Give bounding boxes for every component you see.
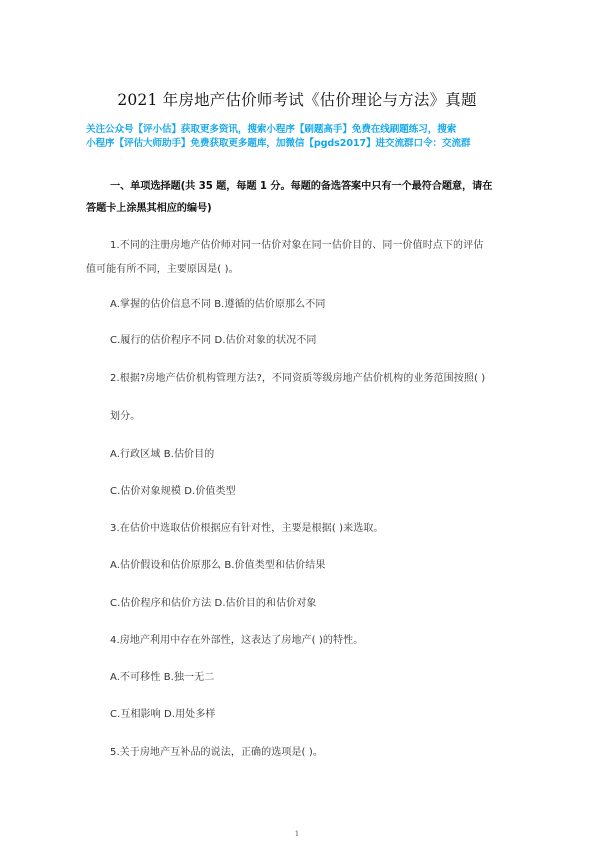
question-3-stem-line-1: 3.在估价中选取估价根据应有针对性，主要是根据( )来选取。 xyxy=(110,519,384,534)
question-2-options-cd: C.估价对象规模 D.价值类型 xyxy=(110,482,236,497)
question-3-options-ab: A.估价假设和估价原那么 B.价值类型和估价结果 xyxy=(110,556,325,571)
question-4-options-ab: A.不可移性 B.独一无二 xyxy=(110,668,214,683)
page-title: 2021 年房地产估价师考试《估价理论与方法》真题 xyxy=(0,88,594,110)
question-1-stem-line-2: 值可能有所不同，主要原因是( )。 xyxy=(86,260,239,275)
question-4-options-cd: C.互相影响 D.用处多样 xyxy=(110,705,216,720)
promo-line-2: 小程序【评估大师助手】免费获取更多题库，加微信【pgds2017】进交流群口令：… xyxy=(86,137,516,151)
page-number: 1 xyxy=(0,830,594,838)
question-4-stem-line-1: 4.房地产利用中存在外部性，这表达了房地产( )的特性。 xyxy=(110,631,363,646)
question-1-stem-line-1: 1.不同的注册房地产估价师对同一估价对象在同一估价目的、同一价值时点下的评估 xyxy=(110,236,483,251)
promo-line-1: 关注公众号【评小估】获取更多资讯，搜索小程序【刷题高手】免费在线刷题练习，搜索 xyxy=(86,123,516,137)
question-3-options-cd: C.估价程序和估价方法 D.估价目的和估价对象 xyxy=(110,594,317,609)
question-2-options-ab: A.行政区域 B.估价目的 xyxy=(110,445,214,460)
section-heading-line-2: 答题卡上涂黑其相应的编号) xyxy=(86,199,516,214)
question-2-stem-line-1: 2.根据?房地产估价机构管理方法?，不同资质等级房地产估价机构的业务范围按照( … xyxy=(110,369,485,384)
question-1-options-cd: C.履行的估价程序不同 D.估价对象的状况不同 xyxy=(110,331,317,346)
question-2-stem-line-2: 划分。 xyxy=(110,407,140,422)
question-1-options-ab: A.掌握的估价信息不同 B.遵循的估价原那么不同 xyxy=(110,295,325,310)
question-5-stem-line-1: 5.关于房地产互补品的说法，正确的选项是( )。 xyxy=(110,743,323,758)
section-heading-line-1: 一、单项选择题(共 35 题，每题 1 分。每题的备选答案中只有一个最符合题意，… xyxy=(110,177,540,192)
